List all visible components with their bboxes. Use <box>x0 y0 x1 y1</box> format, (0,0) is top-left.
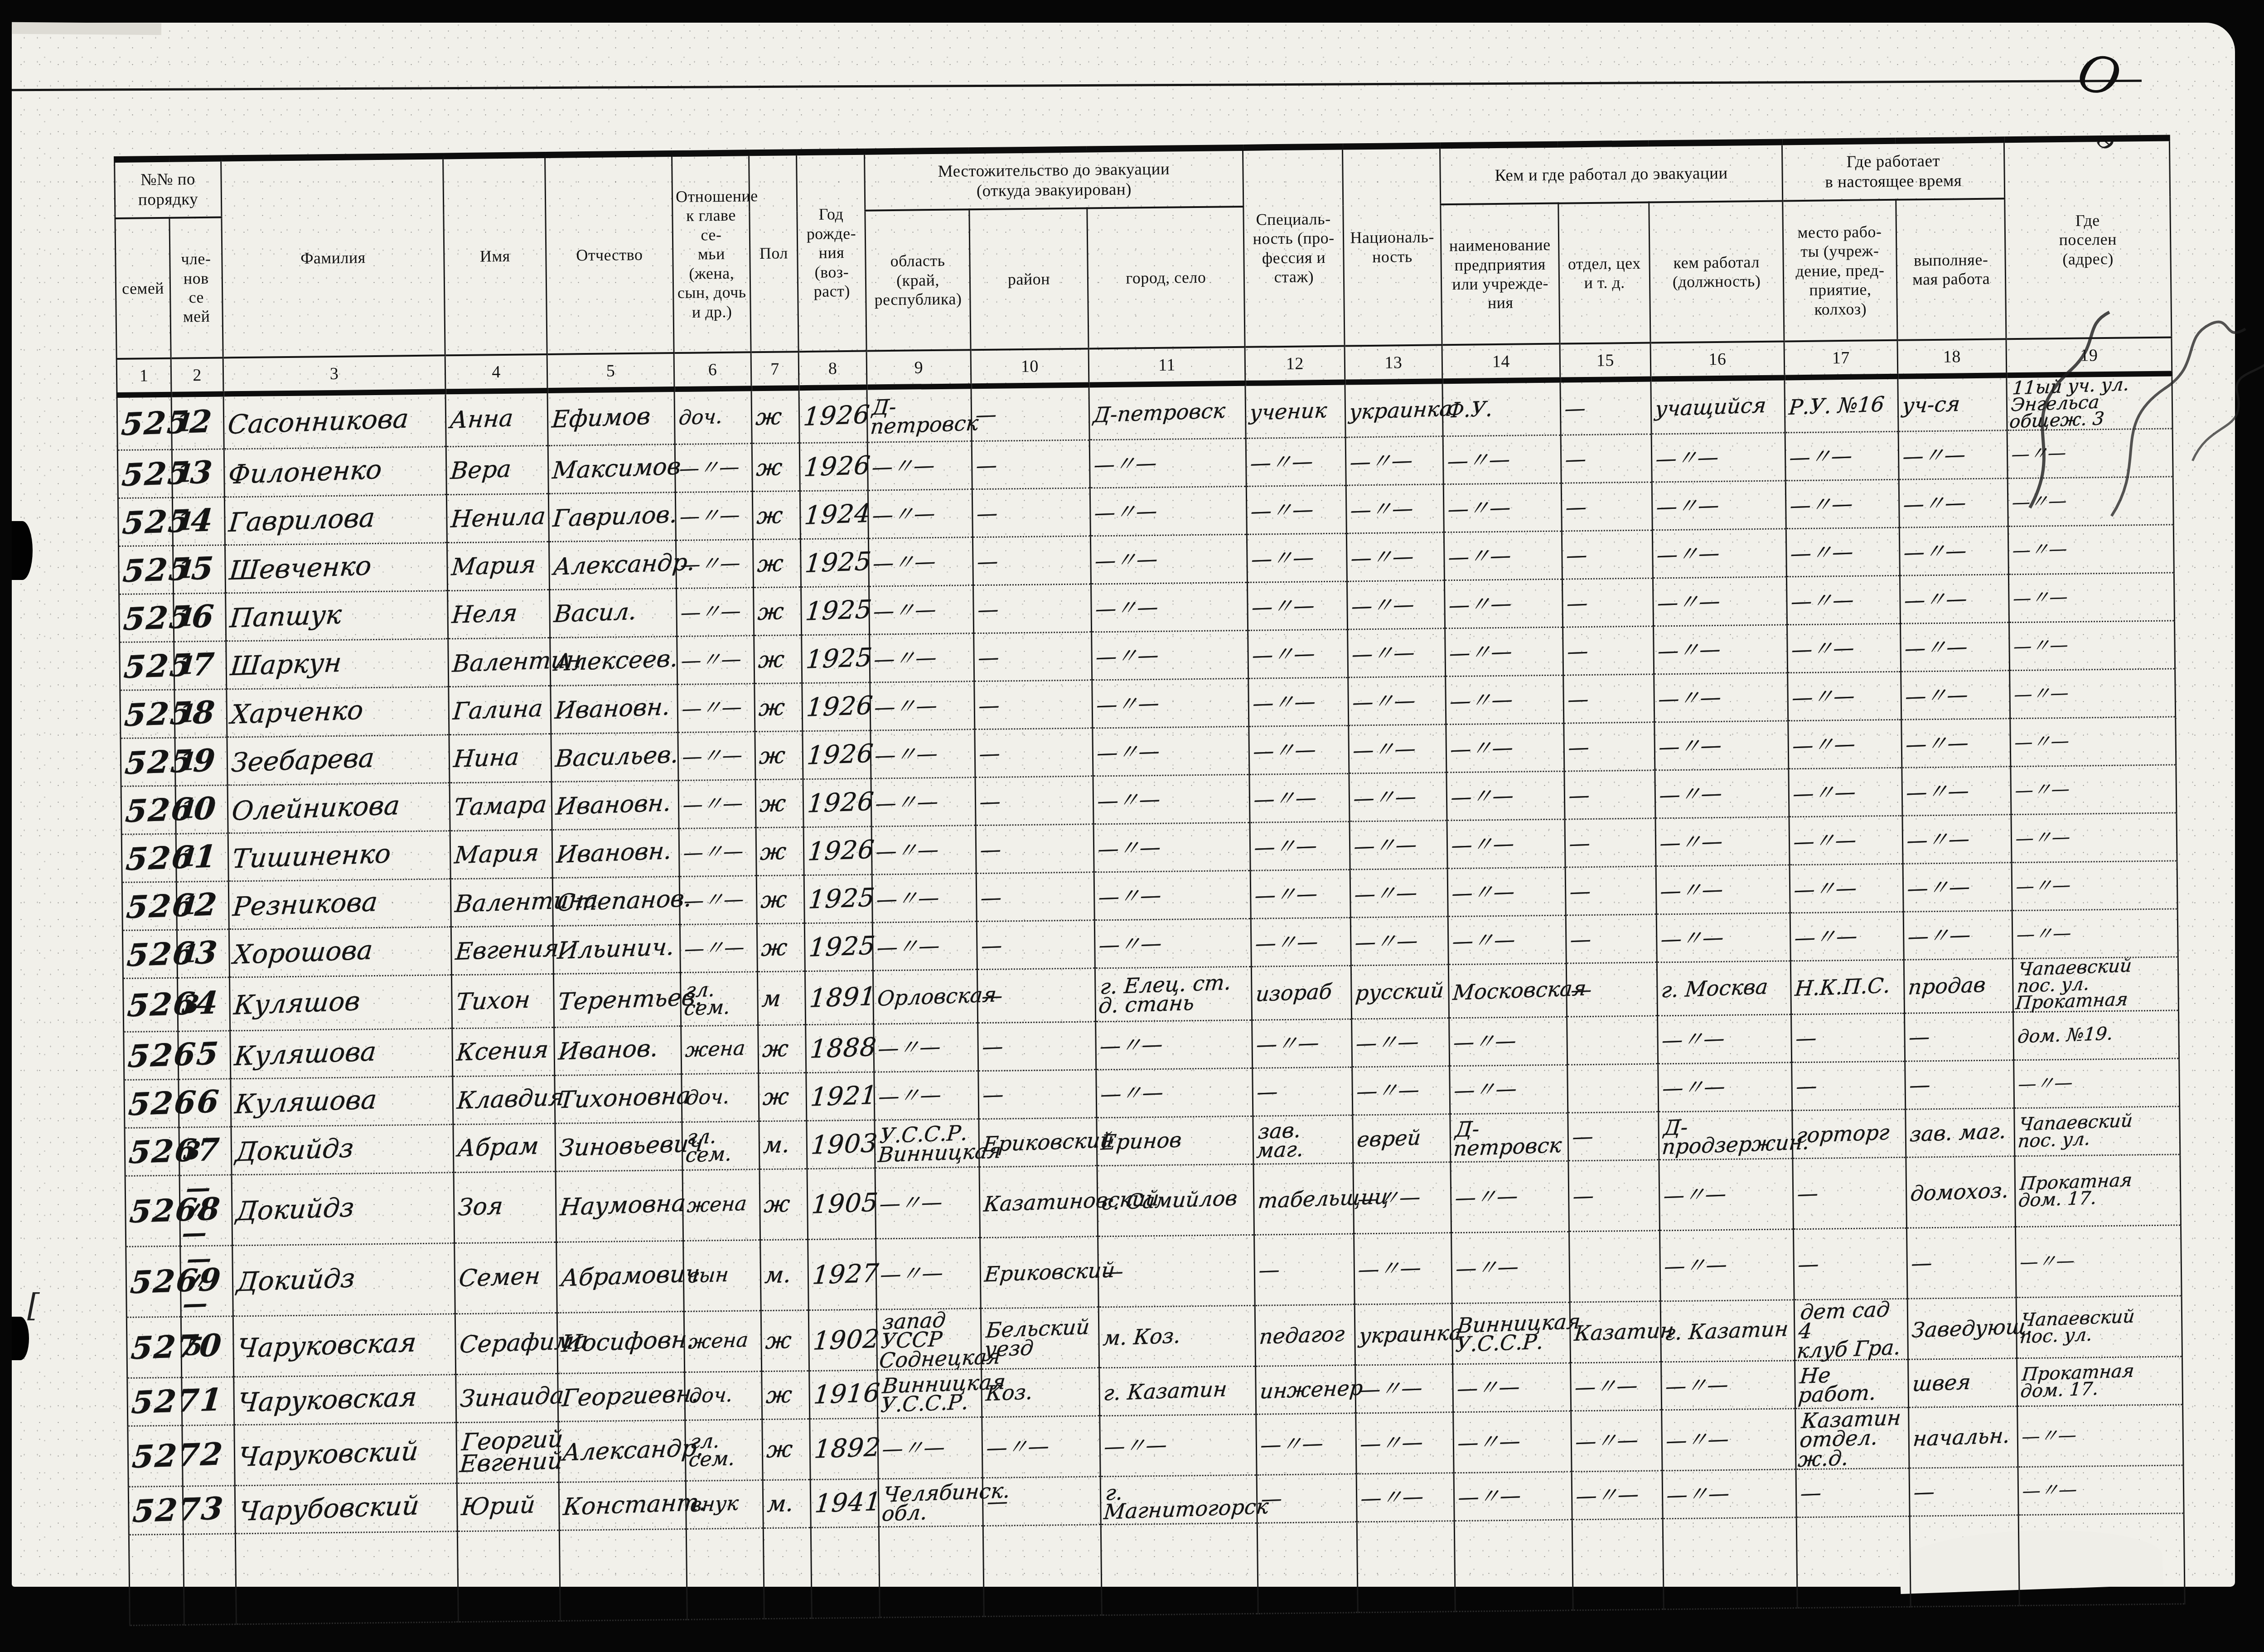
cell-c9: —〃— <box>874 1071 979 1120</box>
handwritten-entry: ж <box>757 601 785 623</box>
handwritten-entry: Казатин отдел. ж.д. <box>1797 1408 1907 1469</box>
handwritten-entry: 1905 <box>811 1191 879 1217</box>
cell-c1: 5266 <box>124 1079 179 1128</box>
cell-c16: —〃— <box>1653 577 1787 626</box>
cell-c17: — <box>1792 1061 1906 1111</box>
cell-c16: Д-продзержин. <box>1659 1111 1793 1160</box>
handwritten-entry: — <box>1569 881 1592 901</box>
cell-c8: 1927 <box>808 1239 877 1310</box>
handwritten-entry: ж <box>756 553 784 575</box>
handwritten-entry: —〃— <box>682 746 743 767</box>
handwritten-entry: — <box>982 1037 1004 1057</box>
handwritten-entry: —〃— <box>683 890 745 911</box>
handwritten-entry: ж <box>762 1038 789 1060</box>
handwritten-entry: —〃— <box>1455 1257 1519 1278</box>
handwritten-entry: 1925 <box>808 934 876 960</box>
handwritten-entry: Георгий Евгений <box>459 1429 566 1476</box>
cell-c1: 5258 <box>120 690 175 739</box>
handwritten-entry: —〃— <box>1456 1377 1521 1398</box>
handwritten-entry: —〃— <box>874 744 938 765</box>
cell-c15: — <box>1564 770 1655 819</box>
cell-c15: — <box>1563 674 1654 723</box>
handwritten-entry: Д-петровск <box>1093 401 1226 425</box>
cell-empty <box>1101 1523 1258 1615</box>
handwritten-entry: — <box>1564 449 1587 469</box>
cell-c17: дет сад 4 клуб Гра. <box>1794 1299 1908 1361</box>
handwritten-entry: 1902 <box>812 1327 880 1353</box>
handwritten-entry: Тишиненко <box>231 842 392 872</box>
cell-empty <box>235 1531 458 1624</box>
cell-c10: — <box>971 385 1089 441</box>
handwritten-entry: — <box>1567 641 1589 661</box>
cell-c18: —〃— <box>1900 575 2009 624</box>
handwritten-entry: 1924 <box>803 502 872 528</box>
cell-c16: —〃— <box>1659 1159 1794 1231</box>
handwritten-entry: Степанов. <box>556 888 693 914</box>
handwritten-entry: Абрам <box>457 1135 540 1160</box>
handwritten-entry: ж <box>760 889 788 911</box>
cell-c6: гл. сем. <box>680 972 758 1026</box>
handwritten-entry: домохоз. <box>1910 1181 2009 1203</box>
cell-c12: —〃— <box>1251 918 1351 966</box>
handwritten-entry: — <box>1572 1186 1595 1206</box>
handwritten-entry: —〃— <box>1099 1034 1164 1056</box>
cell-empty <box>1910 1515 2019 1607</box>
col-firstname: Имя <box>443 155 547 355</box>
handwritten-entry: —〃— <box>1253 739 1317 761</box>
handwritten-entry: —〃— <box>871 503 936 525</box>
handwritten-entry: Н.К.П.С. <box>1794 976 1891 999</box>
handwritten-entry: —〃— <box>1905 733 1969 754</box>
cell-c13: —〃— <box>1349 773 1447 821</box>
handwritten-entry: Олейникова <box>231 793 401 823</box>
cell-c9: —〃— <box>868 489 972 538</box>
cell-c1: 5259 <box>121 738 175 787</box>
cell-c18: —〃— <box>1903 911 2012 960</box>
cell-c14: —〃— <box>1451 1232 1570 1304</box>
handwritten-entry: Чарубовский <box>238 1493 420 1524</box>
handwritten-entry: Куляшов <box>233 989 361 1018</box>
handwritten-entry: Орловская <box>876 985 997 1008</box>
cell-c1: 5262 <box>122 882 177 931</box>
col-raion: район <box>969 208 1088 350</box>
cell-c6: —〃— <box>678 732 755 781</box>
handwritten-entry: — <box>1796 1183 1819 1203</box>
cell-c16: г. Москва <box>1657 961 1791 1015</box>
cell-c5: Наумовна <box>556 1170 683 1242</box>
handwritten-entry: —〃— <box>1656 591 1721 613</box>
cell-c10: — <box>976 872 1094 922</box>
cell-c7: м <box>757 971 805 1025</box>
cell-c11: г. Казатин <box>1099 1366 1256 1416</box>
handwritten-entry: —〃— <box>1097 837 1161 859</box>
evacuee-register-table: №№ по порядку Фамилия Имя Отчество Отнош… <box>114 135 2186 1626</box>
handwritten-entry: 1 <box>176 510 195 533</box>
cell-c13: —〃— <box>1350 821 1447 869</box>
handwritten-entry: —〃— <box>1355 1032 1420 1053</box>
handwritten-entry: — <box>1570 980 1593 1000</box>
handwritten-entry: — <box>1569 929 1592 949</box>
handwritten-entry: Иосифовн. <box>561 1329 695 1355</box>
handwritten-entry: —〃— <box>1446 449 1511 471</box>
cell-c19: —〃— <box>2010 669 2176 719</box>
handwritten-entry: Бельский уезд <box>983 1317 1096 1359</box>
handwritten-entry: —〃— <box>1352 739 1417 760</box>
handwritten-entry: ж <box>764 1330 792 1352</box>
handwritten-entry: 5264 <box>126 989 220 1021</box>
handwritten-entry: Докийдз <box>236 1266 356 1294</box>
cell-c8: 1888 <box>806 1024 874 1073</box>
handwritten-entry: 1892 <box>813 1436 882 1462</box>
cell-c11: м. Коз. <box>1098 1305 1255 1368</box>
handwritten-entry: ученик <box>1249 401 1328 422</box>
handwritten-entry: —〃— <box>1354 883 1418 904</box>
handwritten-entry: —〃— <box>1656 543 1720 565</box>
handwritten-entry: — <box>1795 1076 1818 1096</box>
handwritten-entry: г. Казатин <box>1664 1319 1789 1343</box>
handwritten-entry: —〃— <box>871 455 935 477</box>
cell-c1: 5261 <box>121 834 176 883</box>
handwritten-entry: —〃— <box>1093 501 1158 522</box>
cell-c11: —〃— <box>1089 439 1246 488</box>
handwritten-entry: ж <box>760 937 788 959</box>
cell-c11: с. Самийлов <box>1097 1164 1254 1237</box>
handwritten-entry: —〃— <box>2015 877 2071 896</box>
handwritten-entry: Ериковский <box>982 1130 1114 1154</box>
cell-c15: — <box>1565 818 1656 867</box>
handwritten-entry: — <box>1568 833 1591 853</box>
cell-c3: Резникова <box>228 879 451 929</box>
cell-c10: — <box>978 1070 1097 1119</box>
cell-c8: 1926 <box>799 443 868 492</box>
cell-c14: —〃— <box>1446 771 1565 821</box>
handwritten-entry: —〃— <box>872 551 936 573</box>
cell-c4: Ксения <box>452 1027 555 1076</box>
cell-c12: — <box>1253 1067 1353 1116</box>
cell-empty <box>1572 1519 1664 1610</box>
cell-c12: —〃— <box>1246 485 1346 534</box>
cell-c17: —〃— <box>1789 816 1903 865</box>
cell-c4: Вера <box>446 446 548 495</box>
cell-c1: 5264 <box>123 978 178 1032</box>
cell-c19: —〃— <box>2007 429 2173 478</box>
handwritten-entry: педагог <box>1258 1324 1345 1347</box>
handwritten-entry: —〃— <box>874 696 938 717</box>
handwritten-entry: —〃— <box>681 650 742 671</box>
cell-c6: жена <box>684 1310 761 1372</box>
col-relation: Отношение к главе се- мьи (жена, сын, до… <box>672 153 751 353</box>
handwritten-entry: —〃— <box>2014 781 2070 800</box>
handwritten-entry: 5256 <box>122 602 216 634</box>
cell-c17: —〃— <box>1790 912 1904 961</box>
cell-empty <box>129 1534 184 1625</box>
handwritten-entry: 1926 <box>805 694 874 720</box>
cell-c18: Заведующ. <box>1907 1297 2017 1359</box>
cell-c14: Д-петровск <box>1450 1113 1568 1162</box>
column-number: 14 <box>1442 344 1560 382</box>
handwritten-entry: 1 <box>179 750 198 773</box>
cell-c6: —〃— <box>675 444 752 493</box>
cell-empty <box>811 1527 880 1618</box>
handwritten-entry: 1926 <box>807 790 875 816</box>
cell-c3: Гаврилова <box>224 495 447 545</box>
cell-c13: —〃— <box>1350 917 1448 966</box>
handwritten-entry: 1925 <box>804 550 872 576</box>
col-member-no: чле- нов се мей <box>169 217 223 358</box>
handwritten-entry: — <box>1572 1126 1594 1146</box>
cell-c5: Васильев. <box>551 733 678 782</box>
handwritten-entry: —〃— <box>1906 877 1971 898</box>
handwritten-entry: — <box>1797 1254 1820 1274</box>
cell-c10: — <box>975 776 1093 826</box>
cell-c18: —〃— <box>1899 478 2008 528</box>
cell-c14: —〃— <box>1450 1065 1568 1114</box>
cell-c15: — <box>1561 434 1652 483</box>
cell-c8: 1925 <box>801 586 870 635</box>
handwritten-entry: 1921 <box>809 1083 878 1109</box>
handwritten-entry: —〃— <box>181 1176 231 1245</box>
handwritten-entry: —〃— <box>1655 447 1719 469</box>
handwritten-entry: м. <box>766 1493 794 1515</box>
cell-c7: м. <box>760 1239 809 1310</box>
cell-c9: У.С.С.Р. Винницкая <box>875 1119 979 1168</box>
cell-c19: —〃— <box>2017 1405 2183 1467</box>
col-oblast: область (край, республика) <box>865 209 971 351</box>
handwritten-entry: —〃— <box>875 840 939 861</box>
handwritten-entry: —〃— <box>1659 831 1723 853</box>
cell-c12: табельщиц <box>1253 1163 1354 1235</box>
cell-c14: —〃— <box>1449 1017 1567 1066</box>
cell-c7: ж <box>754 587 802 636</box>
cell-c12: —〃— <box>1248 629 1348 678</box>
handwritten-entry: ж <box>760 841 787 863</box>
cell-c18: —〃— <box>1903 863 2012 912</box>
handwritten-entry: —〃— <box>1791 686 1856 707</box>
handwritten-entry: Чапаевский пос. ул. <box>2017 1113 2133 1150</box>
handwritten-entry: учащийся <box>1654 396 1767 419</box>
cell-c18: — <box>1905 1012 2014 1061</box>
cell-c19: —〃— <box>2012 861 2177 911</box>
col-department: отдел, цех и т. д. <box>1558 203 1650 344</box>
cell-c11: —〃— <box>1090 535 1247 584</box>
cell-c8: 1926 <box>803 826 872 875</box>
cell-c8: 1926 <box>802 682 871 731</box>
handwritten-entry: —〃— <box>876 888 940 909</box>
cell-c3: Докийдз <box>232 1173 455 1246</box>
handwritten-entry: — <box>1800 1483 1822 1503</box>
cell-c4: Зинаида <box>456 1373 558 1422</box>
handwritten-entry: г. Москва <box>1660 977 1769 1000</box>
column-number: 3 <box>223 355 445 394</box>
handwritten-entry: Чапаевский пос. ул. Прокатная <box>2015 958 2132 1012</box>
handwritten-entry: —〃— <box>2017 1074 2074 1093</box>
cell-c7: ж <box>757 923 805 972</box>
handwritten-entry: Георгиевн. <box>561 1383 700 1410</box>
cell-c4: Серафима <box>455 1313 557 1374</box>
handwritten-entry: —〃— <box>1353 787 1417 808</box>
handwritten-entry: Зеебарева <box>230 746 375 775</box>
cell-empty <box>559 1529 687 1621</box>
cell-c12: —〃— <box>1247 533 1347 582</box>
handwritten-entry: —〃— <box>1253 787 1317 809</box>
cell-c9: Винницкая У.С.С.Р. <box>877 1369 982 1418</box>
cell-c15: — <box>1566 962 1657 1016</box>
col-patronymic: Отчество <box>545 154 674 354</box>
table-body: 52521СасонниковаАннаЕфимовдоч.ж1926Д-пет… <box>117 373 2185 1625</box>
handwritten-entry: Галина <box>452 698 544 723</box>
cell-c15: — <box>1561 482 1652 531</box>
handwritten-entry: Нина <box>453 747 520 771</box>
group-residence: Местожительство до эвакуации (откуда эва… <box>864 148 1243 211</box>
handwritten-entry: — <box>986 1492 1009 1512</box>
cell-c14: —〃— <box>1447 819 1565 869</box>
column-number: 6 <box>674 352 751 389</box>
handwritten-entry: ж <box>759 745 786 767</box>
handwritten-entry: —〃— <box>1665 1429 1730 1450</box>
handwritten-entry: —〃— <box>1448 594 1513 615</box>
handwritten-entry: Семен <box>458 1266 541 1290</box>
handwritten-entry: Александр. <box>562 1438 705 1464</box>
cell-c12: —〃— <box>1246 437 1346 486</box>
cell-c10: Ериковский <box>980 1237 1099 1309</box>
cell-c10: — <box>975 728 1093 778</box>
handwritten-page-mark: О <box>2072 42 2127 109</box>
handwritten-entry: — <box>977 551 999 571</box>
cell-c6: —〃— <box>677 684 755 733</box>
cell-c19: —〃— <box>2012 909 2178 959</box>
handwritten-entry: —〃— <box>1451 834 1515 855</box>
cell-c3: Докийдз <box>231 1125 454 1175</box>
cell-c8: 1916 <box>809 1370 878 1419</box>
handwritten-entry: —〃— <box>1792 734 1856 755</box>
cell-c7: ж <box>754 635 802 684</box>
handwritten-entry: Зоя <box>457 1196 504 1219</box>
handwritten-entry: —〃— <box>1354 931 1418 952</box>
cell-c1: 5267 <box>125 1127 179 1176</box>
handwritten-entry: — <box>1567 737 1590 757</box>
cell-c8: 1921 <box>806 1072 875 1121</box>
handwritten-entry: —〃— <box>681 698 743 719</box>
handwritten-entry: Неля <box>451 603 518 627</box>
handwritten-entry: —〃— <box>1454 1186 1519 1208</box>
handwritten-entry: —〃— <box>1660 927 1724 949</box>
handwritten-entry: —〃— <box>1663 1184 1727 1205</box>
cell-c16: —〃— <box>1662 1409 1796 1471</box>
handwritten-entry: —〃— <box>1250 499 1314 521</box>
cell-c13: украинка <box>1355 1304 1452 1365</box>
cell-c8: 1891 <box>805 971 873 1024</box>
column-number: 7 <box>751 352 799 388</box>
handwritten-entry: —〃— <box>2019 1252 2075 1271</box>
cell-c1: 5257 <box>120 642 174 691</box>
cell-c16: —〃— <box>1662 1469 1796 1518</box>
cell-c15 <box>1569 1231 1661 1302</box>
handwritten-entry: Гаврилов. <box>552 504 678 530</box>
sheet-top-rule <box>12 80 2142 92</box>
handwritten-entry: —〃— <box>1095 597 1159 618</box>
cell-c2: —〃— <box>180 1246 233 1317</box>
handwritten-entry: —〃— <box>2022 1481 2078 1500</box>
handwritten-entry: — <box>975 455 998 475</box>
cell-c13: русский <box>1351 965 1449 1019</box>
handwritten-entry: русский <box>1355 981 1445 1003</box>
cell-c19: —〃— <box>2008 573 2174 623</box>
cell-c16: —〃— <box>1654 673 1788 722</box>
cell-c18: — <box>1909 1467 2018 1516</box>
cell-c14: Московская <box>1448 963 1567 1018</box>
col-city: город, село <box>1087 207 1245 349</box>
handwritten-entry: — <box>1566 593 1589 613</box>
col-birthyear: Год рожде- ния (воз- раст) <box>797 152 867 352</box>
handwritten-entry: Тихоновна <box>558 1086 692 1112</box>
margin-pencil-mark: [ <box>27 1287 39 1324</box>
handwritten-entry: 1888 <box>809 1035 877 1061</box>
handwritten-entry: —〃— <box>1658 687 1722 709</box>
handwritten-entry: — <box>1909 1075 1931 1095</box>
handwritten-entry: Заведующ. <box>1911 1317 2034 1340</box>
handwritten-entry: — <box>975 405 997 425</box>
col-enterprise: наименование предприятия или учрежде- ни… <box>1441 203 1560 345</box>
handwritten-entry: м. Коз. <box>1102 1326 1181 1348</box>
cell-c18: —〃— <box>1898 430 2008 480</box>
handwritten-entry: —〃— <box>1095 645 1160 667</box>
cell-c5: Васил. <box>550 589 677 638</box>
handwritten-entry: —〃— <box>1352 691 1416 712</box>
handwritten-entry: Винницкая У.С.С.Р. <box>1455 1312 1581 1354</box>
cell-c18: начальн. <box>1909 1406 2018 1468</box>
cell-c1: 5271 <box>127 1377 182 1426</box>
handwritten-entry: 5252 <box>120 407 214 439</box>
handwritten-entry: — <box>1102 1261 1124 1281</box>
cell-c19: Чапаевский пос. ул. Прокатная <box>2012 957 2178 1012</box>
cell-c18: —〃— <box>1901 719 2011 768</box>
cell-c18: —〃— <box>1902 767 2011 816</box>
handwritten-entry: 1891 <box>808 985 877 1011</box>
handwritten-entry: —〃— <box>1100 1082 1164 1104</box>
handwritten-entry: Мария <box>450 554 537 579</box>
cell-c18: —〃— <box>1902 815 2012 864</box>
cell-c15: — <box>1566 914 1657 963</box>
cell-c19: —〃— <box>2016 1225 2182 1298</box>
cell-c14: —〃— <box>1443 435 1561 484</box>
cell-c6: —〃— <box>678 780 756 829</box>
cell-c8: 1903 <box>807 1120 875 1169</box>
cell-c6: —〃— <box>677 636 755 685</box>
handwritten-entry: 1 <box>180 894 199 918</box>
column-number: 18 <box>1897 339 2007 377</box>
cell-c14: Винницкая У.С.С.Р. <box>1452 1302 1570 1364</box>
handwritten-entry: Клавдия <box>456 1087 565 1112</box>
cell-c15: — <box>1563 626 1654 675</box>
handwritten-entry: Васильев. <box>555 744 680 770</box>
cell-c13: —〃— <box>1348 676 1446 725</box>
handwritten-entry: Сасонникова <box>227 406 410 437</box>
cell-c12: инженер <box>1256 1365 1356 1414</box>
handwritten-entry: дом. №19. <box>2017 1025 2114 1045</box>
handwritten-entry: Ефимов <box>551 406 652 431</box>
cell-c8: 1925 <box>800 538 869 587</box>
handwritten-entry: —〃— <box>1666 1483 1730 1505</box>
cell-c19: Прокатная дом. 17. <box>2015 1154 2181 1227</box>
handwritten-entry: Ф.У. <box>1446 399 1494 420</box>
handwritten-entry: Васил. <box>553 601 637 626</box>
handwritten-entry: ж <box>756 505 784 527</box>
cell-c12: — <box>1254 1234 1355 1305</box>
handwritten-entry: 1926 <box>803 454 871 480</box>
cell-c18: швея <box>1908 1358 2017 1407</box>
cell-c4: Валентин <box>448 638 551 687</box>
cell-c14: —〃— <box>1451 1161 1569 1233</box>
